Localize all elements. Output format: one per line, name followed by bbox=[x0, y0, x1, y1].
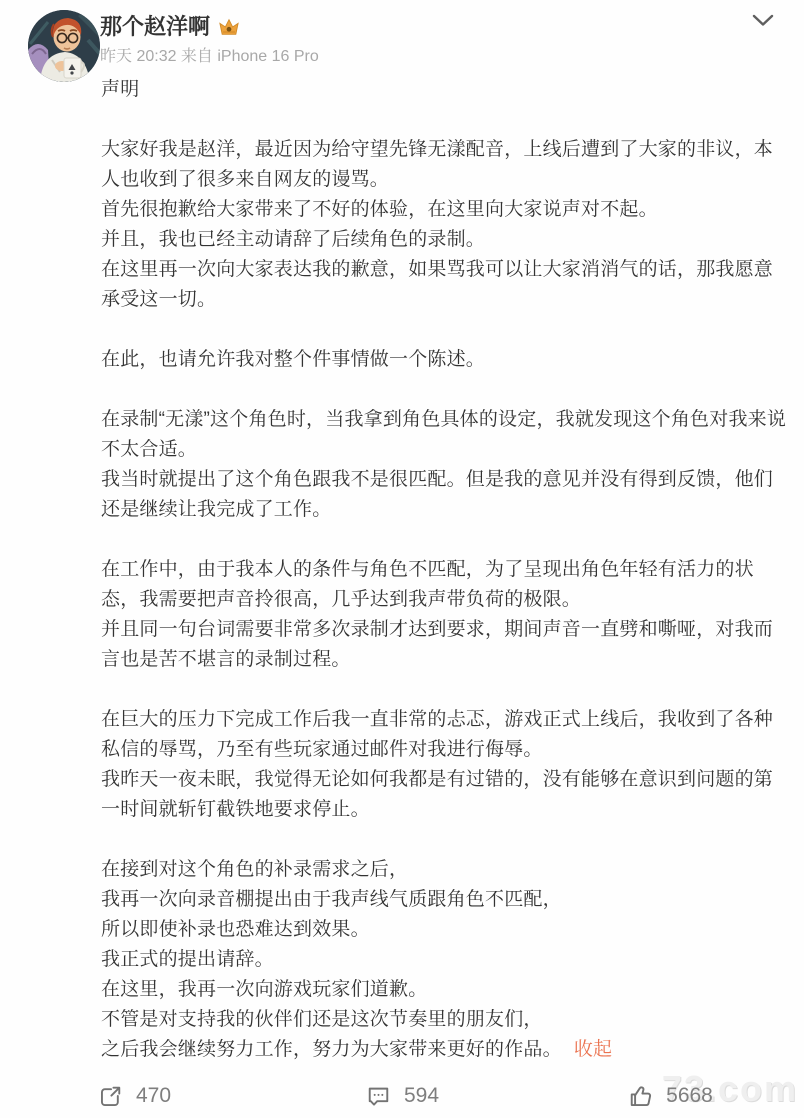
comment-count: 594 bbox=[404, 1083, 439, 1109]
post-content: 声明大家好我是赵洋，最近因为给守望先锋无漾配音，上线后遭到了大家的非议，本人也收… bbox=[101, 75, 789, 1065]
avatar-illustration bbox=[28, 10, 100, 82]
weibo-post: 那个赵洋啊 昨天 20:32 来自 iPhone 16 Pro 声明大家好我是赵… bbox=[0, 0, 804, 75]
post-title-paragraph: 声明 bbox=[101, 75, 789, 105]
repost-icon bbox=[97, 1083, 124, 1110]
collapse-link[interactable]: 收起 bbox=[574, 1039, 612, 1060]
repost-count: 470 bbox=[136, 1083, 171, 1109]
action-bar: 4705945668 bbox=[0, 1076, 804, 1116]
post-header: 那个赵洋啊 昨天 20:32 来自 iPhone 16 Pro bbox=[0, 0, 804, 75]
chevron-down-icon[interactable] bbox=[750, 12, 776, 32]
username[interactable]: 那个赵洋啊 bbox=[100, 14, 210, 40]
post-paragraph: 在录制“无漾”这个角色时，当我拿到角色具体的设定，我就发现这个角色对我来说不太合… bbox=[101, 405, 789, 525]
avatar[interactable] bbox=[28, 10, 100, 82]
like-count: 5668 bbox=[666, 1083, 713, 1109]
post-meta: 昨天 20:32 来自 iPhone 16 Pro bbox=[100, 48, 804, 66]
thumbs-up-icon bbox=[627, 1083, 654, 1110]
post-paragraph: 在巨大的压力下完成工作后我一直非常的忐忑，游戏正式上线后，我收到了各种私信的辱骂… bbox=[101, 705, 789, 825]
post-paragraph: 在接到对这个角色的补录需求之后，我再一次向录音棚提出由于我声线气质跟角色不匹配，… bbox=[101, 855, 789, 1065]
repost-button[interactable]: 470 bbox=[0, 1076, 268, 1116]
like-button[interactable]: 5668 bbox=[536, 1076, 804, 1116]
crown-badge-icon bbox=[218, 17, 240, 37]
post-paragraph: 在工作中，由于我本人的条件与角色不匹配，为了呈现出角色年轻有活力的状态，我需要把… bbox=[101, 555, 789, 675]
post-paragraph: 在此，也请允许我对整个件事情做一个陈述。 bbox=[101, 345, 789, 375]
comment-icon bbox=[365, 1083, 392, 1110]
header-info: 那个赵洋啊 昨天 20:32 来自 iPhone 16 Pro bbox=[100, 0, 804, 66]
comment-button[interactable]: 594 bbox=[268, 1076, 536, 1116]
post-paragraph: 大家好我是赵洋，最近因为给守望先锋无漾配音，上线后遭到了大家的非议，本人也收到了… bbox=[101, 135, 789, 315]
